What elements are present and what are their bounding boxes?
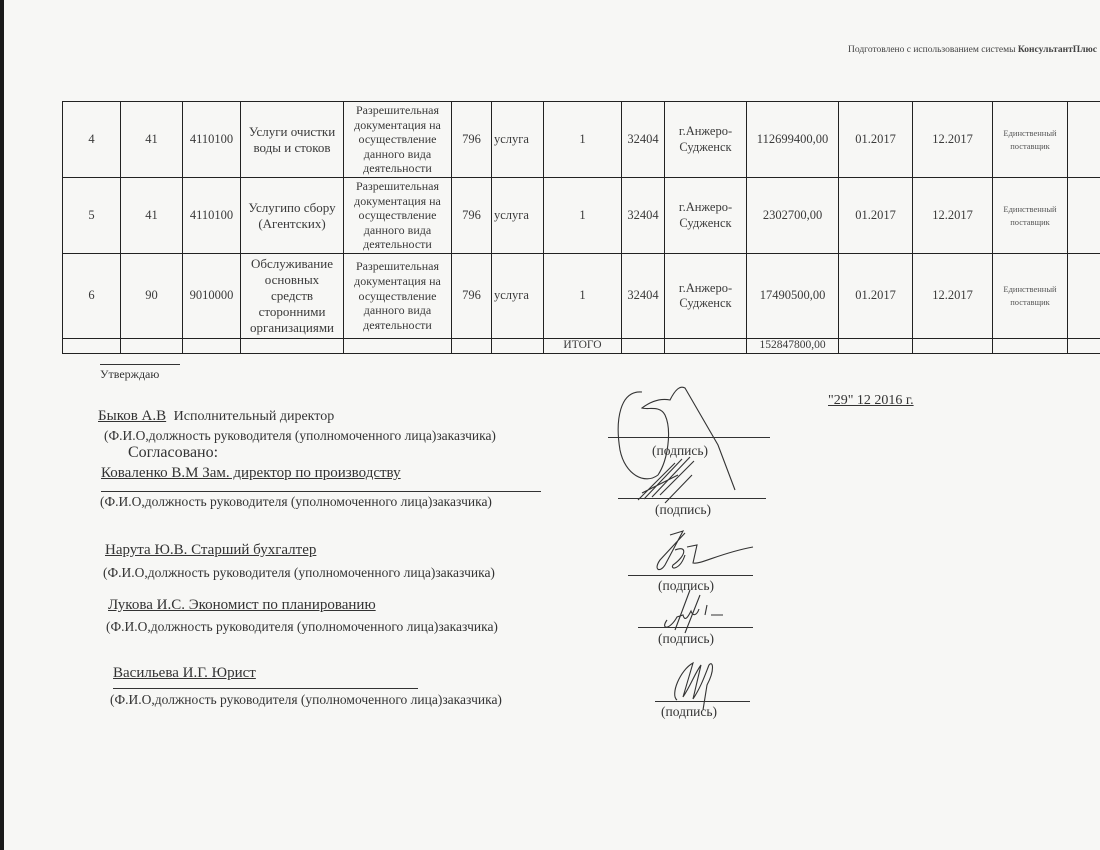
empty-cell [622, 339, 665, 354]
electronic-flag: нет [1068, 254, 1100, 339]
item-requirements: Разрешительная документация на осуществл… [344, 178, 452, 254]
signer-lukova: Лукова И.С. Экономист по планированию [108, 597, 376, 614]
empty-cell [839, 339, 913, 354]
header-note-prefix: Подготовлено с использованием системы [848, 45, 1018, 55]
director-name: Быков А.В [98, 408, 166, 424]
agreed-label: Согласовано: [128, 444, 218, 462]
okdp-code: 9010000 [183, 254, 241, 339]
contract-price: 2302700,00 [747, 178, 839, 254]
empty-cell [344, 339, 452, 354]
signature-kovalenko-mark [630, 455, 750, 505]
approve-label: Утверждаю [100, 367, 159, 382]
signer-naruta-caption: (Ф.И.О,должность руководителя (уполномоч… [103, 565, 495, 581]
signer-lukova-caption: (Ф.И.О,должность руководителя (уполномоч… [106, 619, 498, 635]
okdp-code: 4110100 [183, 178, 241, 254]
empty-cell [913, 339, 993, 354]
unit-name: услуга [492, 178, 544, 254]
end-date: 12.2017 [913, 254, 993, 339]
director-title: Исполнительный директор [174, 409, 335, 424]
item-name: Обслуживание основных средств сторонними… [241, 254, 344, 339]
signer-vasilyeva: Васильева И.Г. Юрист [113, 665, 256, 682]
signer-naruta: Нарута Ю.В. Старший бухгалтер [105, 542, 316, 559]
procurement-method: Единственный поставщик [993, 254, 1068, 339]
signature-vasilyeva-mark [665, 655, 745, 715]
sig-line-naruta [628, 575, 753, 576]
procurement-method: Единственный поставщик [993, 178, 1068, 254]
unit-code: 796 [452, 102, 492, 178]
okved-code: 90 [121, 254, 183, 339]
empty-cell [665, 339, 747, 354]
electronic-flag: нет [1068, 102, 1100, 178]
total-label: ИТОГО [544, 339, 622, 354]
unit-name: услуга [492, 254, 544, 339]
director-line: Быков А.В Исполнительный директор [98, 408, 334, 425]
signer-vasilyeva-caption: (Ф.И.О,должность руководителя (уполномоч… [110, 692, 502, 708]
empty-cell [241, 339, 344, 354]
okato-code: 32404 [622, 102, 665, 178]
signer-kovalenko-caption: (Ф.И.О,должность руководителя (уполномоч… [100, 494, 492, 510]
electronic-flag: нет [1068, 178, 1100, 254]
item-requirements: Разрешительная документация на осуществл… [344, 254, 452, 339]
unit-name: услуга [492, 102, 544, 178]
start-date: 01.2017 [839, 254, 913, 339]
end-date: 12.2017 [913, 178, 993, 254]
scan-edge [0, 0, 4, 850]
delivery-region: г.Анжеро-Судженск [665, 178, 747, 254]
item-name: Услуги очистки воды и стоков [241, 102, 344, 178]
empty-cell [452, 339, 492, 354]
row-number: 5 [63, 178, 121, 254]
table-row: 6909010000Обслуживание основных средств … [63, 254, 1100, 339]
empty-cell [492, 339, 544, 354]
contract-price: 112699400,00 [747, 102, 839, 178]
okved-code: 41 [121, 178, 183, 254]
okato-code: 32404 [622, 254, 665, 339]
approval-date: "29" 12 2016 г. [828, 393, 914, 409]
signature-lukova-mark [655, 585, 765, 635]
item-name: Услугипо сбору (Агентских) [241, 178, 344, 254]
okved-code: 41 [121, 102, 183, 178]
row-number: 6 [63, 254, 121, 339]
total-row: ИТОГО152847800,00 [63, 339, 1100, 354]
quantity: 1 [544, 102, 622, 178]
empty-cell [993, 339, 1068, 354]
empty-cell [121, 339, 183, 354]
row-number: 4 [63, 102, 121, 178]
item-requirements: Разрешительная документация на осуществл… [344, 102, 452, 178]
approve-line [100, 364, 180, 365]
total-value: 152847800,00 [747, 339, 839, 354]
signature-naruta-mark [625, 525, 775, 575]
quantity: 1 [544, 178, 622, 254]
unit-code: 796 [452, 254, 492, 339]
quantity: 1 [544, 254, 622, 339]
signer-vasilyeva-line [113, 688, 418, 689]
empty-cell [183, 339, 241, 354]
unit-code: 796 [452, 178, 492, 254]
signer-kovalenko: Коваленко В.М Зам. директор по производс… [101, 465, 401, 482]
table-row: 4414110100Услуги очистки воды и стоковРа… [63, 102, 1100, 178]
director-caption: (Ф.И.О,должность руководителя (уполномоч… [104, 428, 496, 444]
okdp-code: 4110100 [183, 102, 241, 178]
end-date: 12.2017 [913, 102, 993, 178]
okato-code: 32404 [622, 178, 665, 254]
procurement-table: 4414110100Услуги очистки воды и стоковРа… [62, 101, 1100, 354]
start-date: 01.2017 [839, 178, 913, 254]
delivery-region: г.Анжеро-Судженск [665, 102, 747, 178]
start-date: 01.2017 [839, 102, 913, 178]
empty-cell [1068, 339, 1100, 354]
table-row: 5414110100Услугипо сбору (Агентских)Разр… [63, 178, 1100, 254]
signer-kovalenko-line [101, 491, 541, 492]
delivery-region: г.Анжеро-Судженск [665, 254, 747, 339]
header-note-brand: КонсультантПлюс [1018, 45, 1097, 55]
header-note: Подготовлено с использованием системы Ко… [848, 45, 1097, 55]
contract-price: 17490500,00 [747, 254, 839, 339]
empty-cell [63, 339, 121, 354]
procurement-method: Единственный поставщик [993, 102, 1068, 178]
